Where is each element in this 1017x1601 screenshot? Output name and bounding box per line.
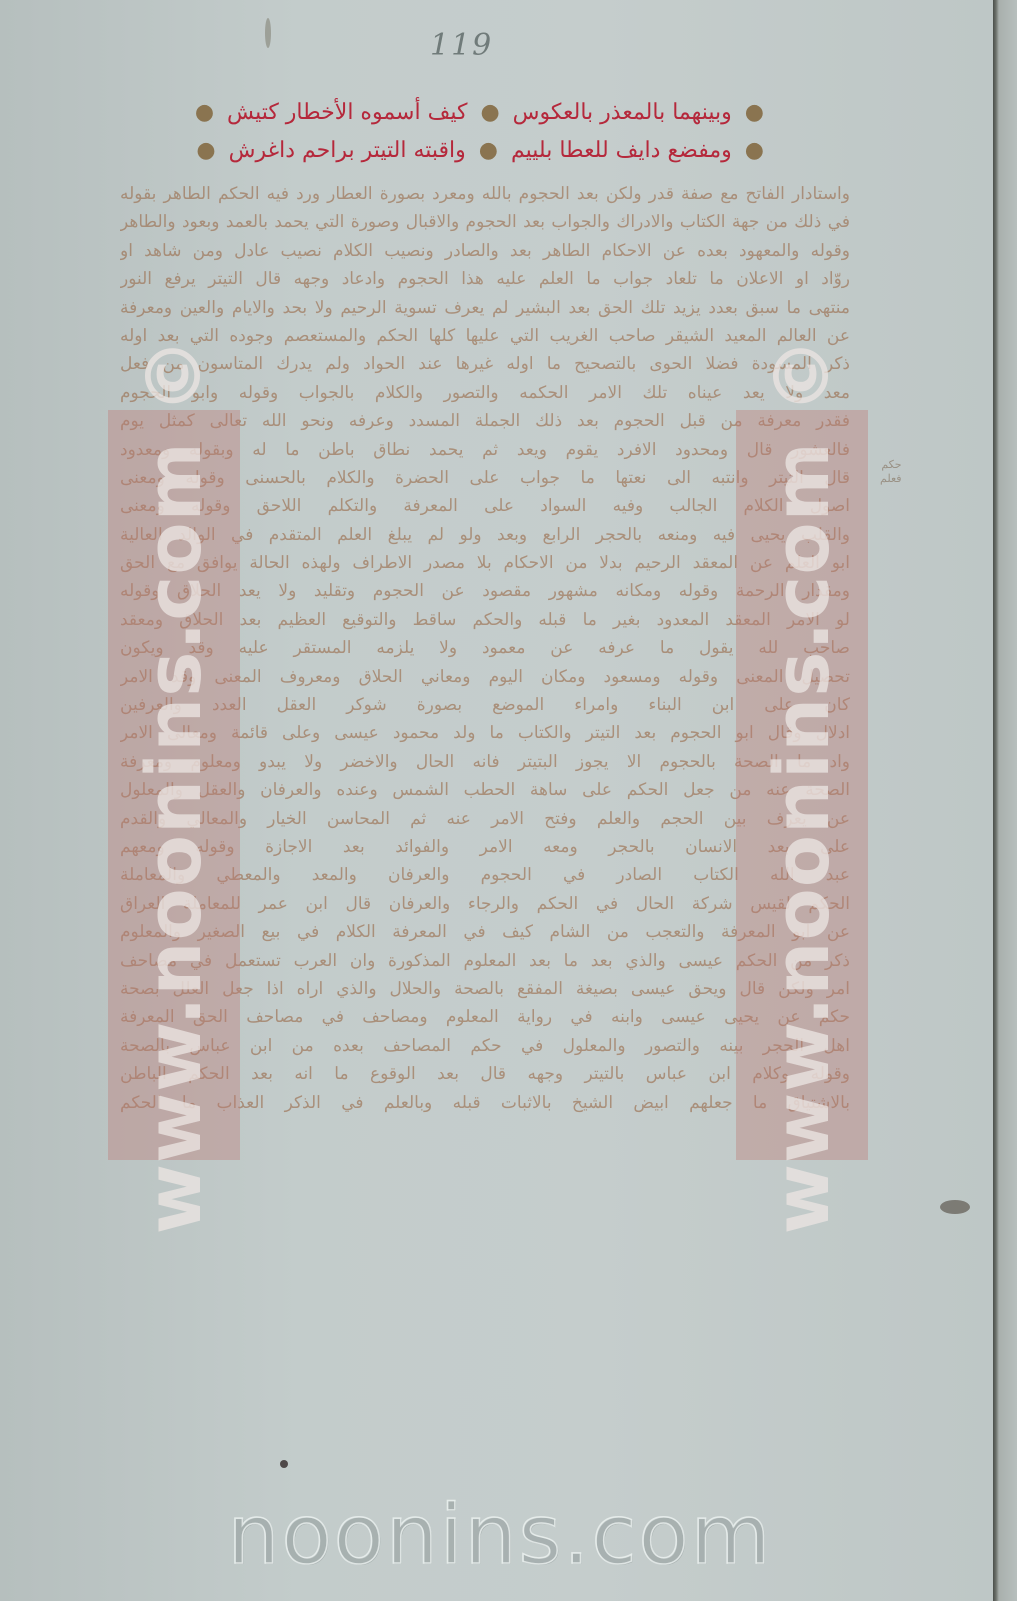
watermark-band-left: www.noonins.com © [108, 410, 240, 1160]
rubric-line-1: ● وبينهما بالمعذر بالعكوس ● كيف أسموه ال… [300, 100, 770, 125]
paper-stain [940, 1200, 970, 1214]
text-line: في ذلك من جهة الكتاب والادراك والجواب بع… [120, 208, 850, 236]
watermark-text: www.noonins.com © [130, 336, 219, 1233]
rubric-hemistich: وبينهما بالمعذر بالعكوس [513, 100, 732, 125]
verse-marker-icon: ● [480, 100, 499, 125]
margin-note: حكم فعلم [880, 458, 902, 486]
folio-number: 119 [430, 28, 493, 63]
rubric-line-2: ● ومفضع دايف للعطا بلييم ● واقبته التيتر… [300, 138, 770, 163]
paper-stain [280, 1460, 288, 1468]
verse-marker-icon: ● [745, 100, 764, 125]
text-line: وقوله والمعهود بعده عن الاحكام الطاهر بع… [120, 237, 850, 265]
verse-marker-icon: ● [196, 138, 215, 163]
text-line: روّاد او الاعلان ما تلعاد جواب ما العلم … [120, 265, 850, 293]
manuscript-page: 119 ● وبينهما بالمعذر بالعكوس ● كيف أسمو… [0, 0, 995, 1601]
text-line: ذكر المسودة فضلا الحوى بالتصحيح ما اوله … [120, 350, 850, 378]
margin-note-line: فعلم [880, 472, 902, 486]
rubric-hemistich: ومفضع دايف للعطا بلييم [511, 138, 732, 163]
margin-note-line: حكم [880, 458, 902, 472]
watermark-band-right: www.noonins.com © [736, 410, 868, 1160]
verse-marker-icon: ● [195, 100, 214, 125]
watermark-bottom: noonins.com [200, 1488, 800, 1583]
watermark-text: www.noonins.com © [758, 336, 847, 1233]
book-spine-edge [993, 0, 1017, 1601]
rubric-hemistich: واقبته التيتر براحم داغرش [229, 138, 466, 163]
text-line: منتهى ما سبق بعدد يزيد تلك الحق بعد البش… [120, 294, 850, 322]
rubric-hemistich: كيف أسموه الأخطار كتيش [227, 100, 467, 125]
paper-stain [265, 18, 271, 48]
text-line: معد ولا يعد عيناه تلك الامر الحكمه والتص… [120, 379, 850, 407]
verse-marker-icon: ● [745, 138, 764, 163]
verse-marker-icon: ● [479, 138, 498, 163]
text-line: واستادار الفاتح مع صفة قدر ولكن بعد الحج… [120, 180, 850, 208]
text-line: عن العالم المعيد الشيقر صاحب الغريب التي… [120, 322, 850, 350]
